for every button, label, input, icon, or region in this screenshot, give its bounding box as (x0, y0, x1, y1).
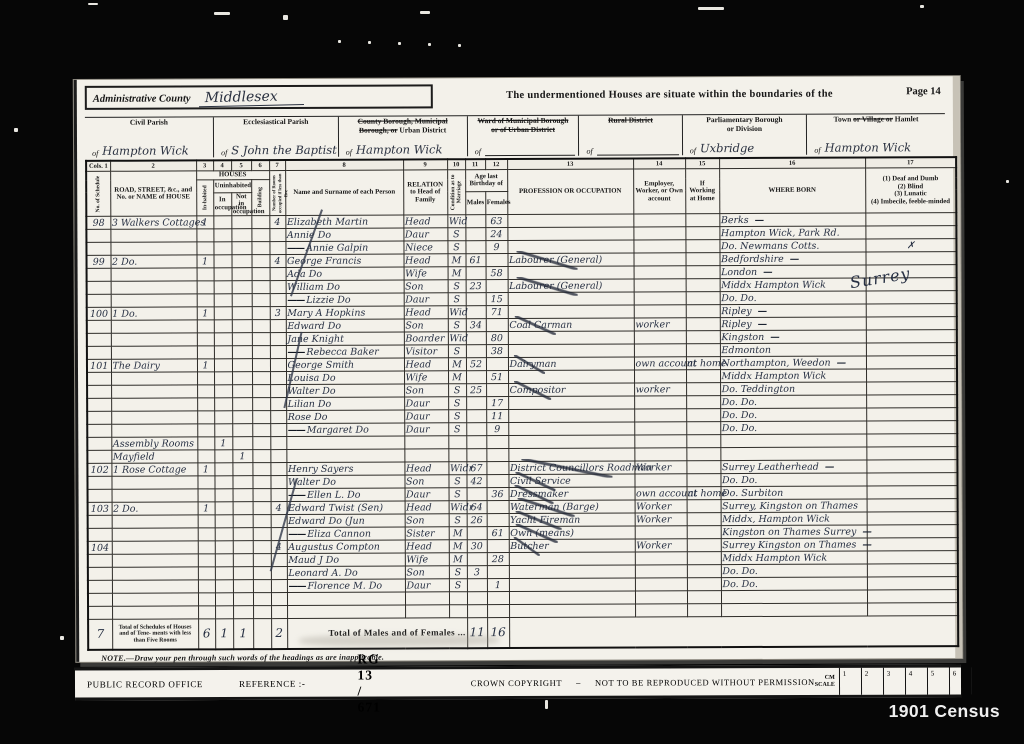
cell-c: Wid (448, 306, 466, 319)
cell-inf: ✗ (865, 239, 956, 252)
cell-home (686, 318, 720, 331)
cell-u1 (214, 281, 232, 294)
cell-inf (865, 252, 956, 265)
cell-u2 (231, 242, 251, 255)
cell-addr (111, 372, 197, 385)
cell-rel: Wife (405, 553, 449, 566)
cell-bld (252, 333, 270, 346)
cell-u1 (214, 463, 232, 476)
cell-name: Rose Do (286, 410, 404, 424)
cell-inh: 1 (197, 359, 214, 372)
cm-scale-label: CMSCALE (815, 668, 839, 695)
cell-rel: Head (405, 501, 449, 514)
cell-emp (635, 604, 687, 617)
cell-name (286, 449, 404, 463)
cell-am (467, 605, 487, 618)
parish-value: of (471, 134, 576, 156)
cell-u1 (214, 411, 232, 424)
cell-af (486, 280, 508, 293)
cell-born: Do. Newmans Cotts. (719, 239, 865, 253)
cell-born: Edmonton (720, 343, 866, 357)
cell-born: Middx Hampton Wick (721, 551, 867, 565)
cell-u1 (214, 333, 232, 346)
cell-rel: Wife (404, 371, 448, 384)
cell-rms (270, 437, 286, 450)
cell-emp: worker (634, 318, 686, 331)
cell-s (88, 580, 112, 593)
cell-rel: Son (405, 566, 449, 579)
cell-inh (197, 424, 214, 437)
cell-u1 (213, 242, 231, 255)
cell-home (686, 396, 720, 409)
cell-bld (252, 424, 270, 437)
cell-name: Edward Do (Jun (287, 514, 405, 528)
cell-rel: Daur (405, 488, 449, 501)
column-number: 7 (269, 160, 285, 171)
cell-s: 103 (88, 502, 112, 515)
cell-c: M (448, 358, 466, 371)
cell-inf (866, 356, 957, 369)
cell-u2 (232, 294, 252, 307)
cell-home (686, 409, 720, 422)
cell-bld (251, 255, 269, 268)
cell-s (87, 320, 111, 333)
reference-label: REFERENCE :- (239, 678, 305, 688)
header-schedule: No. of Schedule (86, 171, 110, 216)
cell-rms (270, 450, 286, 463)
cell-rel: Son (405, 514, 449, 527)
parish-label: County Borough, MunicipalBorough, or Urb… (342, 117, 464, 135)
cell-inh (198, 567, 215, 580)
cell-c (449, 605, 467, 618)
cell-bld (252, 398, 270, 411)
cell-inf (866, 317, 957, 330)
cell-born: Middx, Hampton Wick (721, 512, 867, 526)
cell-inf (866, 382, 957, 395)
cell-rel: Daur (404, 423, 448, 436)
cell-occ (507, 227, 633, 241)
cell-born: Surrey Kingston on Thames— (721, 538, 867, 552)
cell-af (486, 358, 508, 371)
copyright-label: CROWN COPYRIGHT (471, 677, 562, 687)
cell-s (88, 593, 112, 606)
cell-addr (110, 242, 196, 255)
column-number: 9 (403, 159, 447, 170)
cell-c: M (448, 371, 466, 384)
header-road: ROAD, STREET, &c., and No. or NAME of HO… (110, 171, 196, 216)
header-name: Name and Surname of each Person (285, 170, 403, 216)
total-uninhabited-occ: 1 (215, 619, 233, 649)
cell-s: 98 (86, 216, 110, 229)
cell-occ: Butcher (509, 539, 635, 553)
parish-cell: Civil ParishofHampton Wick (85, 117, 214, 158)
cell-u1 (215, 515, 233, 528)
cell-addr: 1 Do. (111, 307, 197, 320)
separator: – (576, 677, 581, 687)
column-number: 12 (485, 159, 507, 170)
speck (920, 5, 924, 8)
cell-inf (866, 434, 957, 447)
cell-addr (111, 398, 197, 411)
cell-u1 (215, 554, 233, 567)
cell-emp (634, 344, 686, 357)
cell-inf (866, 395, 957, 408)
parish-value: ofHampton Wick (342, 134, 464, 157)
cell-inf (866, 447, 957, 460)
scale-cell: 2 (861, 668, 883, 695)
cell-emp (635, 526, 687, 539)
cell-occ: Labourer (General) (508, 279, 634, 293)
cell-af (486, 475, 508, 488)
cell-bld (253, 489, 271, 502)
cell-am: 26 (467, 514, 487, 527)
cell-rel: Daur (403, 228, 447, 241)
footer-bar: PUBLIC RECORD OFFICE REFERENCE :- RG 13 … (75, 664, 961, 700)
cell-u2 (231, 216, 251, 229)
parish-cell: Parliamentary Boroughor DivisionofUxbrid… (683, 115, 808, 156)
cell-emp (634, 266, 686, 279)
cell-home (685, 253, 719, 266)
cell-rel: Head (405, 540, 449, 553)
cell-u2 (233, 489, 253, 502)
reference-value: RG 13 / 671 (357, 651, 380, 715)
cell-am (467, 488, 487, 501)
cell-rms (269, 229, 285, 242)
cell-c: Widr (448, 462, 466, 475)
cell-occ: Labourer (General) (507, 253, 633, 267)
cell-occ: Coal Carman (508, 318, 634, 332)
cell-u1 (215, 541, 233, 554)
cell-rms (270, 411, 286, 424)
cell-born: Do. Do. (721, 564, 867, 578)
cell-born: Surrey Leatherhead— (720, 460, 866, 474)
cell-s (88, 606, 112, 619)
parish-value: ofS John the Baptist (217, 126, 335, 157)
cell-rms (270, 320, 286, 333)
speck (88, 3, 98, 5)
cell-af: 9 (485, 241, 507, 254)
cell-inf (867, 551, 958, 564)
column-number: 14 (633, 158, 685, 169)
cell-c: S (449, 514, 467, 527)
cell-home (687, 539, 721, 552)
cell-u2 (232, 424, 252, 437)
cell-u1 (215, 567, 233, 580)
cell-home (686, 474, 720, 487)
speck (398, 42, 401, 45)
cell-u1 (214, 476, 232, 489)
cell-u1 (213, 229, 231, 242)
cell-born: Do. Do. (720, 291, 866, 305)
parish-header: Civil ParishofHampton WickEcclesiastical… (85, 113, 945, 158)
cell-am: 30 (467, 540, 487, 553)
cell-addr (112, 580, 198, 593)
header-inhabited: In-habited (196, 180, 213, 216)
cell-occ (508, 435, 634, 449)
cell-occ: Dairyman (508, 357, 634, 371)
cell-af: 80 (486, 332, 508, 345)
cell-af: 61 (487, 527, 509, 540)
cell-u1 (214, 346, 232, 359)
cell-name: Annie Do (285, 228, 403, 242)
cell-c: Wid (447, 215, 465, 228)
cell-rel: Head (404, 462, 448, 475)
cell-inf (866, 369, 957, 382)
cell-rel: Son (404, 475, 448, 488)
cell-af: 9 (486, 423, 508, 436)
column-number: 4 (213, 160, 231, 171)
cell-inh: 1 (197, 463, 214, 476)
cell-am: 61 (465, 254, 485, 267)
header-infirmity: (1) Deaf and Dumb (2) Blind (3) Lunatic … (865, 168, 956, 213)
cell-born: Ripley— (720, 317, 866, 331)
cell-addr (112, 606, 198, 619)
cell-u2 (233, 541, 253, 554)
column-number: 11 (465, 159, 485, 170)
parish-value: ofHampton Wick (810, 124, 942, 155)
cell-name (287, 605, 405, 619)
cell-inh (197, 476, 214, 489)
cell-bld (252, 450, 270, 463)
cell-name: George Smith (286, 358, 404, 372)
cell-am: 34 (466, 319, 486, 332)
cell-am (467, 592, 487, 605)
cell-rel: Head (404, 358, 448, 371)
cell-emp (635, 591, 687, 604)
cell-af: 17 (486, 397, 508, 410)
cell-name: Mary A Hopkins (286, 306, 404, 320)
cell-born: Northampton, Weedon— (720, 356, 866, 370)
cell-born: Berks— (719, 213, 865, 227)
cell-rms (270, 333, 286, 346)
cell-inh (197, 437, 214, 450)
cell-rel: Son (404, 280, 448, 293)
cell-addr (110, 229, 196, 242)
cell-u2 (233, 515, 253, 528)
cell-rel: Daur (404, 293, 448, 306)
cell-rel: Visitor (404, 345, 448, 358)
cell-s (88, 554, 112, 567)
cell-s (88, 567, 112, 580)
cell-name: Jane Knight (286, 332, 404, 346)
speck (458, 44, 461, 47)
cell-bld (252, 385, 270, 398)
column-number: 5 (231, 160, 251, 171)
cell-name (286, 436, 404, 450)
cell-emp (633, 253, 685, 266)
column-number: 17 (865, 157, 956, 168)
cell-name: Ada Do (286, 267, 404, 281)
cell-c: S (448, 319, 466, 332)
cell-name: Edward Do (286, 319, 404, 333)
cell-u1 (213, 255, 231, 268)
totals-row: 7Total of Schedules of Houses and of Ten… (88, 616, 958, 650)
cell-c: M (449, 527, 467, 540)
cell-u1: 1 (214, 437, 232, 450)
cell-rel: Niece (403, 241, 447, 254)
cell-rel: Son (404, 319, 448, 332)
cell-occ (509, 565, 635, 579)
parish-label: Parliamentary Boroughor Division (686, 116, 804, 134)
total-blank (509, 616, 958, 648)
cell-addr (112, 593, 198, 606)
total-schedule: 7 (88, 619, 112, 649)
cell-rms: 4 (271, 502, 287, 515)
cell-inh (198, 515, 215, 528)
cell-bld (251, 242, 269, 255)
cell-rel (404, 436, 448, 449)
cell-addr (111, 476, 197, 489)
header-uninhabited: Uninhabited (213, 180, 251, 193)
cell-c: S (448, 345, 466, 358)
cell-bld (252, 281, 270, 294)
speck (420, 11, 430, 14)
cell-inf (865, 213, 956, 226)
cell-bld (252, 307, 270, 320)
cell-inh (197, 294, 214, 307)
cell-u1 (214, 268, 232, 281)
cell-bld (253, 593, 271, 606)
cell-u2 (231, 255, 251, 268)
parish-cell: Ward of Municipal Boroughor of Urban Dis… (468, 116, 580, 156)
cell-bld (253, 541, 271, 554)
cell-inh (198, 528, 215, 541)
cell-af: 28 (487, 553, 509, 566)
parish-value: ofUxbridge (686, 133, 804, 156)
cell-rms (271, 489, 287, 502)
cell-addr (111, 346, 197, 359)
cell-home (687, 526, 721, 539)
cell-occ (508, 409, 634, 423)
total-inhabited: 6 (198, 619, 215, 649)
cell-home (686, 383, 720, 396)
cell-name: Henry Sayers (286, 462, 404, 476)
cell-c: Wid (448, 332, 466, 345)
cell-born: Middx Hampton Wick (720, 369, 866, 383)
cell-addr (111, 268, 197, 281)
cell-u1 (215, 606, 233, 619)
cell-addr: The Dairy (111, 359, 197, 372)
cell-u1 (214, 307, 232, 320)
scale-cells: 123456 (839, 667, 971, 694)
cell-s (87, 281, 111, 294)
cell-rms: 4 (269, 255, 285, 268)
cell-s: 100 (87, 307, 111, 320)
header-relation: RELATION to Head of Family (403, 170, 447, 215)
cell-emp (634, 370, 686, 383)
cell-am (466, 423, 486, 436)
cell-am: 23 (466, 280, 486, 293)
cell-inf (867, 512, 958, 525)
speck (1006, 180, 1009, 183)
admin-county-box: Administrative County Middlesex (85, 84, 433, 110)
cell-home (687, 604, 721, 617)
cell-af: 63 (485, 215, 507, 228)
cell-s (87, 411, 111, 424)
cell-home (686, 344, 720, 357)
cell-home: at home (687, 487, 721, 500)
cell-inh (197, 281, 214, 294)
cell-u2 (232, 385, 252, 398)
cell-am (467, 553, 487, 566)
cell-u2: 1 (232, 450, 252, 463)
cell-af (487, 605, 509, 618)
cell-u2 (233, 528, 253, 541)
header-profession: PROFESSION OR OCCUPATION (507, 169, 633, 215)
cell-u1 (215, 593, 233, 606)
cell-rel (405, 605, 449, 618)
cell-bld (253, 515, 271, 528)
cell-c: S (447, 241, 465, 254)
cell-s (87, 346, 111, 359)
cell-emp (634, 305, 686, 318)
smudge (299, 634, 499, 647)
cell-addr (111, 281, 197, 294)
cell-u1 (215, 528, 233, 541)
cell-u2 (232, 437, 252, 450)
cm-scale: CMSCALE 123456 (815, 667, 993, 695)
cell-occ (509, 604, 635, 618)
column-number: 10 (447, 159, 465, 170)
cell-rms (270, 463, 286, 476)
cell-bld (253, 528, 271, 541)
cell-inf (866, 304, 957, 317)
cell-born (721, 590, 867, 604)
cell-u1 (215, 489, 233, 502)
cell-af: 11 (486, 410, 508, 423)
cell-c: S (448, 280, 466, 293)
cell-bld (252, 320, 270, 333)
total-building (253, 619, 271, 649)
cell-home (687, 500, 721, 513)
header-where-born: WHERE BORN (719, 168, 865, 214)
cell-c (449, 592, 467, 605)
cell-inf (866, 330, 957, 343)
cell-name: Edward Twist (Sen) (287, 501, 405, 515)
cell-addr: 3 Walkers Cottages (110, 216, 196, 229)
cell-emp (634, 396, 686, 409)
cell-am (465, 241, 485, 254)
cell-occ (509, 578, 635, 592)
pro-label: PUBLIC RECORD OFFICE (87, 679, 203, 689)
cell-rms (270, 281, 286, 294)
cell-c: M (447, 254, 465, 267)
cell-am (466, 345, 486, 358)
cell-inh (198, 554, 215, 567)
cell-inh (198, 580, 215, 593)
cell-inh: 1 (198, 502, 215, 515)
cell-name: ——Florence M. Do (287, 579, 405, 593)
cell-am (467, 527, 487, 540)
parish-cell: Rural Districtof (579, 115, 682, 155)
speck (14, 128, 18, 132)
cell-inf (866, 460, 957, 473)
cell-rel (405, 592, 449, 605)
cell-u1 (214, 359, 232, 372)
header-houses: HOUSES (196, 171, 269, 180)
cell-addr (111, 333, 197, 346)
cell-u1 (214, 320, 232, 333)
cell-u1 (214, 294, 232, 307)
cell-rms (271, 580, 287, 593)
cell-addr (112, 489, 198, 502)
cell-inh (198, 606, 215, 619)
column-number: 13 (507, 158, 633, 169)
cell-c: S (448, 423, 466, 436)
cell-emp: Worker (635, 513, 687, 526)
cell-bld (251, 229, 269, 242)
cell-inh (197, 372, 214, 385)
